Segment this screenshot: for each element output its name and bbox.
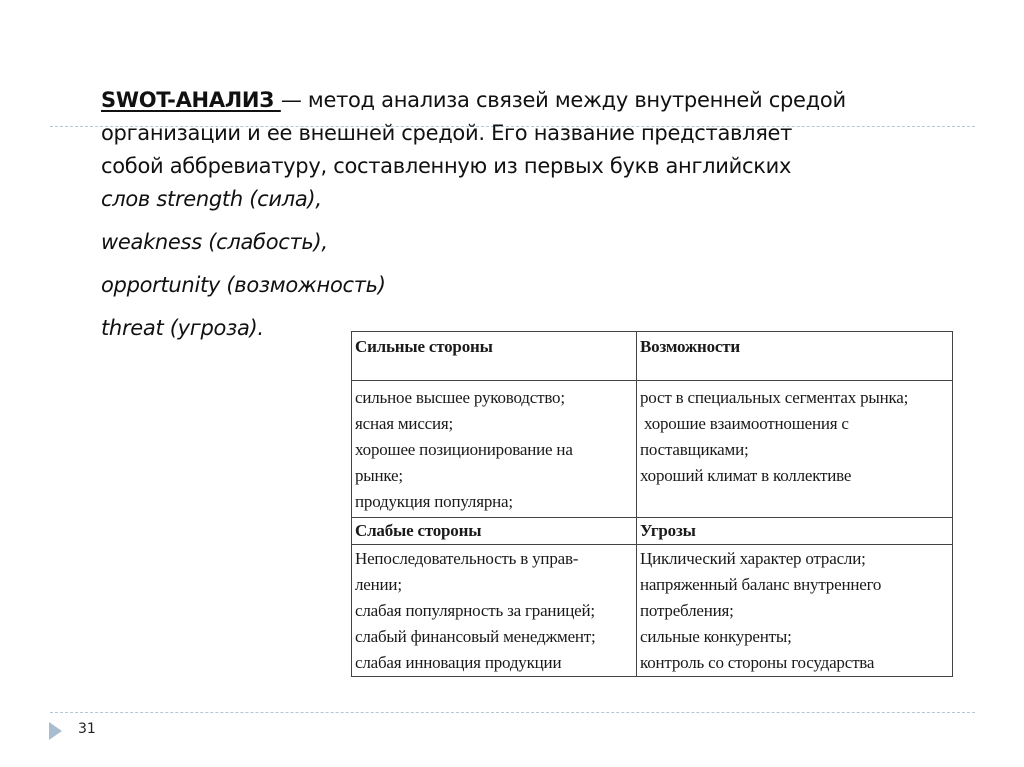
weaknesses-cell: Непоследовательность в управ- лении; сла… bbox=[352, 545, 637, 677]
term-weakness: weakness (слабость), bbox=[101, 226, 981, 259]
threats-header: Угрозы bbox=[637, 518, 953, 545]
strengths-cell: сильное высшее руководство; ясная миссия… bbox=[352, 381, 637, 518]
list-item: слабая популярность за границей; bbox=[355, 598, 633, 624]
slide-title: SWOT-АНАЛИЗ bbox=[101, 88, 281, 112]
list-item: сильные конкуренты; bbox=[640, 624, 949, 650]
list-item: хорошие взаимоотношения с bbox=[640, 411, 949, 437]
list-item: контроль со стороны государства bbox=[640, 650, 949, 676]
list-item: напряженный баланс внутреннего bbox=[640, 572, 949, 598]
definition-line-1: SWOT-АНАЛИЗ — метод анализа связей между… bbox=[101, 84, 981, 117]
list-item: продукция популярна; bbox=[355, 489, 633, 515]
footer-divider bbox=[50, 712, 975, 713]
list-item: хороший климат в коллективе bbox=[640, 463, 949, 489]
threats-cell: Циклический характер отрасли; напряженны… bbox=[637, 545, 953, 677]
table-row: сильное высшее руководство; ясная миссия… bbox=[352, 381, 953, 518]
list-item: потребления; bbox=[640, 598, 949, 624]
list-item: Непоследовательность в управ- bbox=[355, 546, 633, 572]
definition-line-2: организации и ее внешней средой. Его наз… bbox=[101, 117, 981, 150]
list-item: поставщиками; bbox=[640, 437, 949, 463]
triangle-bullet-icon bbox=[49, 722, 62, 740]
list-item: слабая инновация продукции bbox=[355, 650, 633, 676]
table-row: Слабые стороны Угрозы bbox=[352, 518, 953, 545]
list-item: ясная миссия; bbox=[355, 411, 633, 437]
opportunities-cell: рост в специальных сегментах рынка; хоро… bbox=[637, 381, 953, 518]
table-row: Сильные стороны Возможности bbox=[352, 332, 953, 381]
term-strength: слов strength (сила), bbox=[101, 183, 981, 216]
opportunities-header: Возможности bbox=[637, 332, 953, 381]
list-item: слабый финансовый менеджмент; bbox=[355, 624, 633, 650]
definition-text: — метод анализа связей между внутренней … bbox=[281, 88, 846, 112]
list-item: Циклический характер отрасли; bbox=[640, 546, 949, 572]
list-item: рост в специальных сегментах рынка; bbox=[640, 385, 949, 411]
list-item: хорошее позиционирование на bbox=[355, 437, 633, 463]
term-opportunity: opportunity (возможность) bbox=[101, 269, 981, 302]
list-item: сильное высшее руководство; bbox=[355, 385, 633, 411]
page-number: 31 bbox=[78, 721, 96, 737]
list-item: лении; bbox=[355, 572, 633, 598]
list-item: рынке; bbox=[355, 463, 633, 489]
slide-body: SWOT-АНАЛИЗ — метод анализа связей между… bbox=[101, 84, 981, 345]
definition-line-3: собой аббревиатуру, составленную из перв… bbox=[101, 150, 981, 183]
weaknesses-header: Слабые стороны bbox=[352, 518, 637, 545]
table-row: Непоследовательность в управ- лении; сла… bbox=[352, 545, 953, 677]
strengths-header: Сильные стороны bbox=[352, 332, 637, 381]
swot-table: Сильные стороны Возможности сильное высш… bbox=[351, 331, 953, 677]
